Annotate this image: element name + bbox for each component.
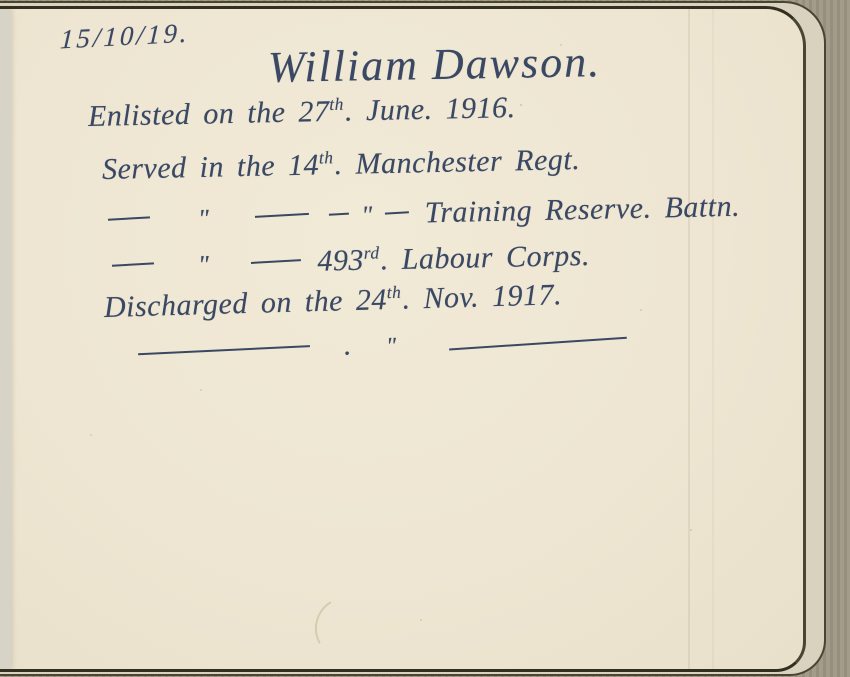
entry-line-discharged: Discharged on the 24th. Nov. 1917. [104, 277, 563, 325]
entry-line-training-reserve: ""Training Reserve. Battn. [108, 190, 741, 237]
entry-line-enlisted: Enlisted on the 27th. June. 1916. [88, 90, 516, 134]
handwriting-segment: Training Reserve. Battn. [424, 190, 740, 230]
handwriting-segment [329, 213, 349, 216]
paper-indent-mark [308, 590, 382, 665]
entry-closing-flourish: ." [138, 323, 627, 367]
entry-line-served: Served in the 14th. Manchester Regt. [102, 142, 581, 187]
handwriting-segment [112, 262, 154, 266]
paper-crease [712, 9, 714, 669]
handwriting-segment: th [386, 282, 401, 302]
entry-line-labour-corps: "493rd. Labour Corps. [112, 238, 591, 283]
paper-specks [520, 104, 522, 106]
handwriting-segment: . [344, 329, 353, 362]
handwriting-segment [251, 259, 301, 264]
handwriting-segment: rd [364, 242, 380, 262]
album-photo: 15/10/19. William Dawson. Enlisted on th… [0, 0, 850, 677]
handwriting-segment [449, 337, 627, 351]
handwriting-segment: " [386, 334, 397, 361]
handwriting-segment: " [198, 250, 210, 280]
handwriting-segment: " [361, 200, 373, 230]
handwriting-segment [385, 211, 409, 214]
entry-date: 15/10/19. [59, 18, 190, 56]
entry-name: William Dawson. [268, 36, 602, 93]
handwriting-segment: th [319, 147, 334, 167]
handwriting-segment: . Labour Corps. [380, 239, 590, 276]
handwriting-segment: th [329, 94, 344, 114]
handwriting-segment [255, 213, 309, 218]
handwriting-segment: " [198, 204, 210, 234]
handwriting-segment: . Manchester Regt. [334, 143, 580, 181]
handwriting-segment: . Nov. 1917. [402, 278, 562, 315]
handwriting-segment [108, 216, 150, 220]
handwriting-segment: 493 [317, 244, 364, 278]
album-page: 15/10/19. William Dawson. Enlisted on th… [0, 6, 806, 672]
handwriting-segment: Discharged on the 24 [104, 283, 388, 324]
handwriting-segment [138, 345, 310, 355]
handwriting-segment: Enlisted on the 27 [88, 95, 330, 133]
page-gutter [0, 9, 11, 669]
paper-crease [688, 9, 690, 669]
handwriting-segment: Served in the 14 [102, 148, 320, 186]
handwriting-segment: . June. 1916. [345, 91, 516, 128]
